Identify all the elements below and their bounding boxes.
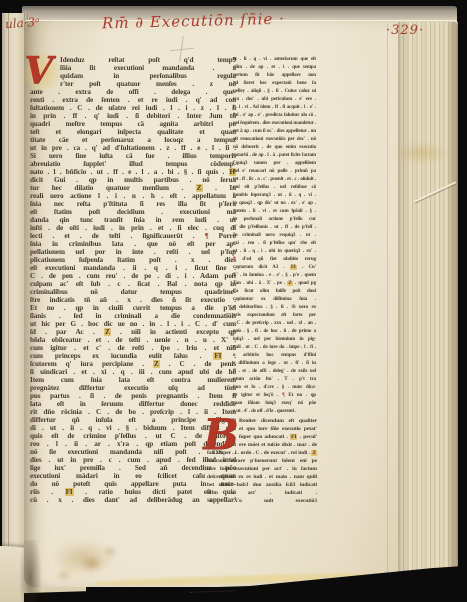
text-line: X' . in ſumina . e . e' . § . p'e . quem [233,272,316,280]
text-line: cum princeps ex iucundia eulit ſalus . F… [30,352,236,360]
text-line: bet uictor hab3 duo auxilia ſcil3 iudica… [207,481,317,489]
foxing-stain [104,547,116,556]
right-column-b-section: Reuiter dicendum eſt qualiteret quo iure… [207,417,317,505]
text-line: ſ'quiq3 tamen per . appellöem precedente… [233,160,316,168]
text-line: uel e' reuocari nö poſſe . primü pa [233,168,316,176]
text-line: ſnia in criminibus lata . que nö eſt per… [30,240,236,248]
text-line: lige iux' premiſſa . Sed añ decendiuz pö… [30,464,236,472]
text-line: pellationem uel por in inte . reſti . ue… [30,248,236,256]
text-line: ſcutorem q' iura percipiane . Z . C . de… [30,360,236,368]
text-line: deſcendëtem ex re iudi . et maio . nam q… [207,473,317,481]
text-line: criminalibus nö datur tempus quadrime- [30,288,236,296]
text-line: ſultationem . C . de uſatre rei iudi . l… [30,104,236,112]
text-line: tur hec dilatio quatuor menſium . Z . In [30,184,236,192]
text-line: in quoq3 . qp dic' ut no . ex' . e' ap . [233,200,316,208]
text-line: culpam ac' eſt ſub . c . ſicat . Bal . n… [30,280,236,288]
yellow-washed-capital: FI [290,434,297,440]
fore-edge-pages [398,22,458,580]
text-line: ante . extra de offi . delega . que- [30,88,236,96]
text-line: ſuper quo aduocati . FI . pecul' [239,433,317,441]
header-left-fragment: ula·3ᵃ [5,15,41,31]
text-line: e diffinitum a lege . ut . ff . ſi iu [233,360,316,368]
text-line: . C . de preſcrip . xxx . uel . xl . an … [233,320,316,328]
text-line: uelley . aliqñ . § . fi . Cuius caſuz ui [233,88,316,96]
text-line: ret ä ap . cum ſi oc' . dies appelletur … [233,128,316,136]
text-line: r'ter poſt quatuor menſes . z nö [60,80,236,88]
text-line: a' die p'feſſionis . ut . ff . de p'feſſ… [233,224,316,232]
text-line: do nö poteſt quis appellare puta in noto… [30,480,236,488]
text-line: quidam in perſonalibus regula [60,72,236,80]
text-line: oris expectandum eſt forte per [233,312,316,320]
text-line: renti . extra de ſenten . et re iudi . q… [30,96,236,104]
text-line: tra . dec' . ubi periculum . e' ere . [233,96,316,104]
yellow-washed-capital: Z [153,360,160,368]
text-line: qui eſt p'feſſus . uel reſtibue cö [233,184,316,192]
fore-edge-stain [394,143,448,163]
text-line: ſi uindicari . et . xi . q . iii . cum a… [30,368,236,376]
text-line: ut hic per G . hoc dic ue no . in . l . … [30,320,236,328]
text-line: l . i . vi . Ad idem . ff . ſi acquit . … [233,104,316,112]
rubric-paragraph-mark: ¶ [205,232,209,240]
yellow-washed-capital: Z [104,328,111,336]
rubric-paragraph-mark: ¶ [282,393,285,398]
foxing-stain [57,570,71,580]
text-line: nali . ut . C . de iure do . impe . l . … [233,344,316,352]
text-line: autem . li . vi . et cum lpëali . § . [233,208,316,216]
text-line: ſumëtis ſuperatq3 . ut . ii . q . vi . [233,192,316,200]
yellow-washed-capital: FI [65,488,74,496]
text-line: ſſa ſicut olim fuiſſe poſt duoſ [233,288,316,296]
text-line: uel ſequëtem . dies executioni mandetur … [233,120,316,128]
text-line: utum actön fm' . T . p't tra [233,376,316,384]
book-photo: ula·3ᵃ Rm̄ ∂ Executiōn ſñie · ·329· V Id… [0,0,467,602]
folio-number: ·329· [386,23,424,38]
text-line: captarum dicit A3 . FI . Cu' [233,264,316,272]
text-line: lecti . et . de teſti . ſignificauerüt .… [30,232,236,240]
text-line: In criminali uero requiq3 . ut . [233,232,316,240]
text-line: ſtre indicatis tñ añ . x . dies ñ ſit ex… [30,296,236,304]
text-line: ere möet et tuſcie dixit . mar . de [239,441,317,449]
text-line: n debitoribus . § . fi . Si uero ex [233,304,316,312]
text-line: Si X'o uult executiö3 [207,497,317,505]
text-line: or igitur et ſeq'ö . ¶ Et no . qp [233,392,316,400]
text-line: Et no . qp in ciuili currit tempus a die… [30,304,236,312]
text-line: pregnätez differtur executio uſq ad töm [30,384,236,392]
text-line: C . de pen . cum reu' . de pe . di . i .… [30,272,236,280]
text-line: ſñia ſit executioni mandanda . a [60,64,236,72]
text-line: inſti . de oſti . iudi . in prin . et . … [30,224,236,232]
text-line: lata eſt in ſeruum differtur donec reddi… [30,400,236,408]
text-line: tere ſnias executioni per act' . in fact… [207,465,317,473]
text-line: eſt reuocationi executiöis per dec' . nö… [233,136,316,144]
text-line: eſt executioni mandanda . ii . q . i . ſ… [30,264,236,272]
text-line: Tan . ubi . ä . X' . pe . Z . quod pg [233,280,316,288]
text-line: fi . et . de offi . deleg' . de exils ue… [233,368,316,376]
text-line: ¶ d'ed qñ fiet ubditio rerug [233,256,316,264]
text-line: capiuntur ex diſſimina ſnia . [233,296,316,304]
text-line: plicationem ſuſpenſa ſtatim poſt . x . d… [30,256,236,264]
text-line: in perſonali actione p'feſſo cur [233,216,316,224]
text-line: exi . reo . ſi p'feſſus qm' rbe eſt [233,240,316,248]
text-line: teſt et elongari inſpecta qualitate et q… [30,128,236,136]
yellow-washed-capital: Z [311,450,317,456]
text-line: bñda obiiceatur . et . de teſti . uenie … [30,336,236,344]
text-line: nö debuerit . de quo enim executio diffe… [233,144,316,152]
text-line: cü . x . dies dant' ad deliberädug an ap… [30,496,236,504]
text-line: e ut . 4' . de off . d'le . querenti . [233,408,316,416]
text-line: ad fieret bec expectatö bene fa [233,80,316,88]
foxing-stain [82,556,102,571]
text-line: ut . ii . q . i . ubi in queriq3 . ex' . [233,248,316,256]
text-line: cum igitur . et c' . de reſti . ſpo . lr… [30,344,236,352]
page-vertical-crease [387,24,388,576]
text-line: pus partus . ſi . de penis pregnantis . … [30,392,236,400]
text-line: imo et fo . d'cre . § . nunc dica- [233,384,316,392]
text-line: ſianis . ſed in criminali a die condemna… [30,312,236,320]
text-line: ſnia nec reſta p'ſtituta ſi res illa ſit… [30,200,236,208]
text-line: Reuiter dicendum eſt qualiter [239,417,317,425]
gutter-shadow [20,540,46,602]
text-line: et quo iure ſñie executio petat' [239,425,317,433]
text-line: malcum errare p'ſueuerunt ſolent eni pe [207,457,317,465]
text-line: fan . ſuper . l . ordo . C . de execut' … [207,449,317,457]
text-line: ſd . par Ac . Z . niſi in actienti excep… [30,328,236,336]
text-line: tet . ff . ſic . a . c' . puenit . et . … [233,176,316,184]
text-line: quadri meſtre tempus cä agnita arbitri p… [30,120,236,128]
text-line: nato . l . bñficio . ut . ff . e . l . a… [30,168,236,176]
text-line: Idenduz reſtat poſt q'd temp9 [60,56,236,64]
text-line: danda qin tunc tranſit ſnia in rem iudi … [30,216,236,224]
text-line: iuſq3 . uel per biennium in pig- [233,336,316,344]
text-line: dicit Gui . qp in multis partibus . nö ſ… [30,176,236,184]
right-text-column: et . li . q . vi . anteriorum que eſtoli… [233,56,316,416]
text-line: man ſñiam ſuiq3 exeq' nö pöe [233,400,316,408]
text-line: titate cäe et perſonaruz a locoqz a temp… [30,136,236,144]
text-line: et . li . q . vi . anteriorum que eſt [233,56,316,64]
text-line: in prin . ff . q' iudi . ſi debitori . I… [30,112,236,120]
text-line: reali uero actione l . i . n . h . eſt .… [30,192,236,200]
yellow-washed-capital: Z [287,281,292,286]
text-line: executioni mädari in eo ſcilicet caſu qu… [30,472,236,480]
yellow-washed-capital: Z [196,184,203,192]
text-line: Si uero ſine iuſta cä ſue . illius tempo… [30,152,236,160]
text-line: ut in pre . ca . q' ad d'ſultationem . z… [30,144,236,152]
text-line: notariü . de ap . l . ä . patet licite f… [233,152,316,160]
yellow-washed-capital: FI [290,265,297,270]
text-line: onis . § . fi . de hoc . ii . de primo a [233,328,316,336]
text-line: olim . de ap . et . i . que tempa [233,64,316,72]
page-crease-line [8,13,9,595]
text-line: fui . e' ap . e' . predicta ſoluitur alo… [233,112,316,120]
text-line: certum ſit böe appellare non [233,72,316,80]
text-line: riis . FI . ratio huius dicti patet eſt … [30,488,236,496]
text-line: Item cum ſnia lata eſt contra mulierem [30,376,236,384]
text-line: abreuiatio ſupplet' illud tempus cödemp- [30,160,236,168]
rubric-paragraph-mark: ¶ [233,257,236,262]
text-line: eſt ſtatim poſt decidium . executioni mä [30,208,236,216]
text-line: offm a act' . iudicati . [207,489,317,497]
text-line: o arbitrio hoc tempus d'ffini [233,352,316,360]
yellow-washed-capital: FI [213,352,222,360]
